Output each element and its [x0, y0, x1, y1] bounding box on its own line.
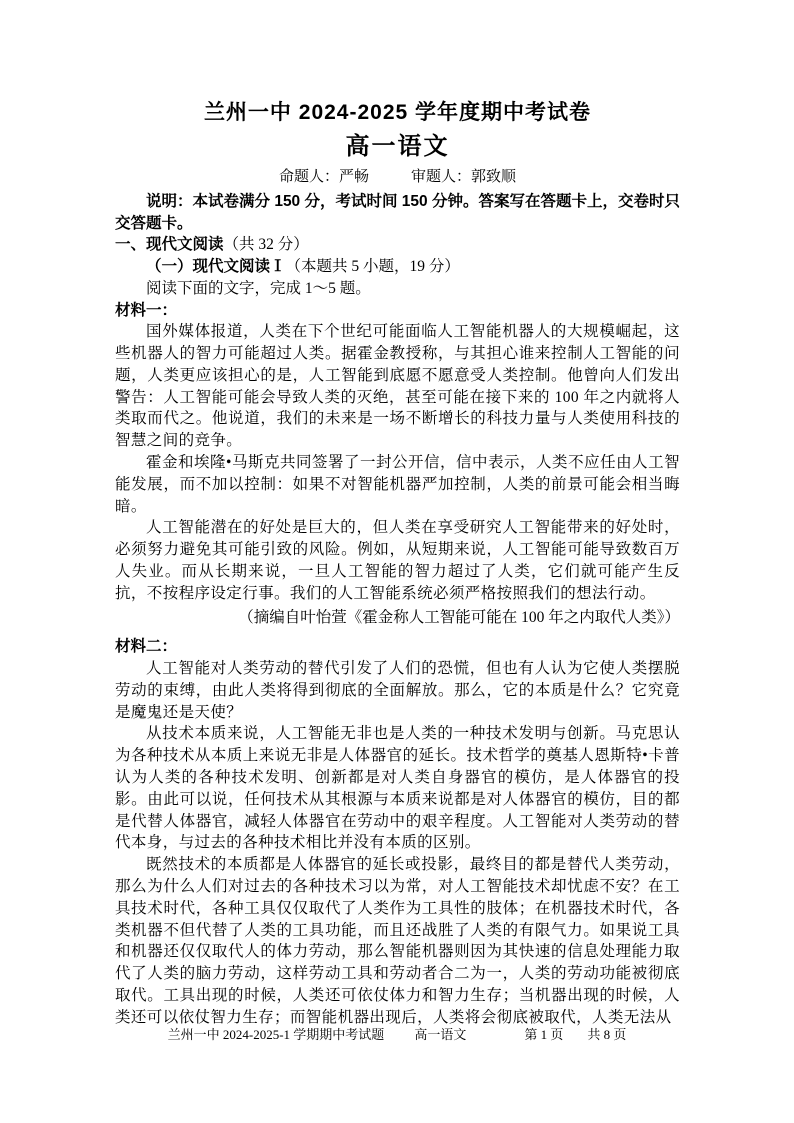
subsection-note: （本题共 5 小题，19 分）	[286, 258, 460, 275]
page-content: 兰州一中 2024-2025 学年度期中考试卷 高一语文 命题人：严畅 审题人：…	[0, 0, 794, 1029]
setter-name: 命题人：严畅	[279, 167, 369, 187]
material2-label: 材料二：	[115, 636, 680, 658]
material2-paragraph-3: 既然技术的本质都是人体器官的延长或投影，最终目的都是替代人类劳动，那么为什么人们…	[115, 854, 680, 1028]
material2-paragraph-2: 从技术本质来说，人工智能无非也是人类的一种技术发明与创新。马克思认为各种技术从本…	[115, 723, 680, 854]
exam-instructions: 说明：本试卷满分 150 分，考试时间 150 分钟。答案写在答题卡上，交卷时只…	[115, 191, 680, 234]
section-number-note: （共 32 分）	[224, 236, 309, 253]
section-heading: 一、现代文阅读（共 32 分）	[115, 234, 680, 256]
subsection-heading: （一）现代文阅读Ⅰ（本题共 5 小题，19 分）	[115, 256, 680, 278]
exam-paper-page: 兰州一中 2024-2025 学年度期中考试卷 高一语文 命题人：严畅 审题人：…	[0, 0, 794, 1123]
reviewer-name: 审题人：郭致顺	[411, 167, 516, 187]
footer-subject: 高一语文	[414, 1026, 466, 1044]
material1-label: 材料一：	[115, 300, 680, 322]
material2-paragraph-1: 人工智能对人类劳动的替代引发了人们的恐慌，但也有人认为它使人类摆脱劳动的束缚，由…	[115, 658, 680, 723]
section-number-title: 一、现代文阅读	[115, 236, 224, 253]
material1-citation: （摘编自叶怡萱《霍金称人工智能可能在 100 年之内取代人类》）	[115, 607, 680, 629]
material1-paragraph-3: 人工智能潜在的好处是巨大的，但人类在享受研究人工智能带来的好处时，必须努力避免其…	[115, 517, 680, 604]
footer-exam-name: 兰州一中 2024-2025-1 学期期中考试题	[168, 1026, 385, 1044]
material1-paragraph-1: 国外媒体报道，人类在下个世纪可能面临人工智能机器人的大规模崛起，这些机器人的智力…	[115, 321, 680, 452]
subsection-title: （一）现代文阅读Ⅰ	[146, 258, 286, 275]
exam-title: 兰州一中 2024-2025 学年度期中考试卷	[115, 100, 680, 126]
footer-page-total: 共 8 页	[587, 1026, 626, 1044]
reading-instruction: 阅读下面的文字，完成 1～5 题。	[115, 278, 680, 300]
material1-paragraph-2: 霍金和埃隆•马斯克共同签署了一封公开信，信中表示，人类不应任由人工智能发展，而不…	[115, 452, 680, 517]
page-footer: 兰州一中 2024-2025-1 学期期中考试题 高一语文 第 1 页 共 8 …	[0, 1026, 794, 1044]
exam-subject: 高一语文	[115, 132, 680, 162]
footer-page-number: 第 1 页	[524, 1026, 563, 1044]
byline: 命题人：严畅 审题人：郭致顺	[115, 167, 680, 187]
